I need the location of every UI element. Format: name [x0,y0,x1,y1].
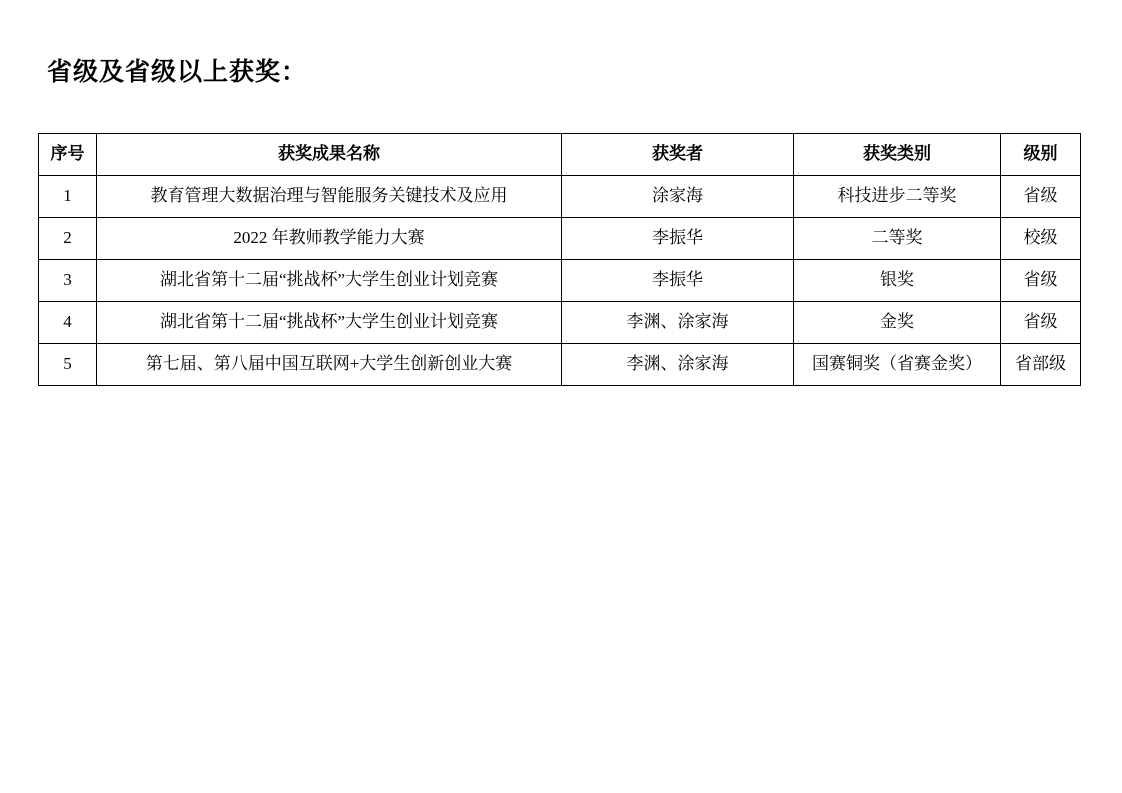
cell-category: 科技进步二等奖 [794,176,1001,218]
cell-winner: 李渊、涂家海 [562,302,794,344]
awards-table-header: 序号 获奖成果名称 获奖者 获奖类别 级别 [39,134,1081,176]
table-row: 4 湖北省第十二届“挑战杯”大学生创业计划竞赛 李渊、涂家海 金奖 省级 [39,302,1081,344]
header-winner: 获奖者 [562,134,794,176]
table-row: 2 2022 年教师教学能力大赛 李振华 二等奖 校级 [39,218,1081,260]
cell-level: 校级 [1001,218,1081,260]
cell-index: 3 [39,260,97,302]
cell-category: 银奖 [794,260,1001,302]
cell-award-name: 湖北省第十二届“挑战杯”大学生创业计划竞赛 [97,302,562,344]
document-page: 省级及省级以上获奖： 序号 获奖成果名称 获奖者 获奖类别 级别 1 教育管理大… [0,0,1122,793]
header-level: 级别 [1001,134,1081,176]
table-row: 1 教育管理大数据治理与智能服务关键技术及应用 涂家海 科技进步二等奖 省级 [39,176,1081,218]
cell-winner: 李振华 [562,218,794,260]
cell-winner: 李振华 [562,260,794,302]
cell-award-name: 湖北省第十二届“挑战杯”大学生创业计划竞赛 [97,260,562,302]
header-index: 序号 [39,134,97,176]
cell-index: 1 [39,176,97,218]
header-row: 序号 获奖成果名称 获奖者 获奖类别 级别 [39,134,1081,176]
cell-index: 5 [39,344,97,386]
cell-index: 2 [39,218,97,260]
cell-index: 4 [39,302,97,344]
page-title: 省级及省级以上获奖： [47,52,307,88]
cell-level: 省级 [1001,302,1081,344]
cell-award-name: 2022 年教师教学能力大赛 [97,218,562,260]
awards-table: 序号 获奖成果名称 获奖者 获奖类别 级别 1 教育管理大数据治理与智能服务关键… [38,133,1081,386]
cell-category: 国赛铜奖（省赛金奖） [794,344,1001,386]
cell-award-name: 教育管理大数据治理与智能服务关键技术及应用 [97,176,562,218]
header-award-name: 获奖成果名称 [97,134,562,176]
table-row: 5 第七届、第八届中国互联网+大学生创新创业大赛 李渊、涂家海 国赛铜奖（省赛金… [39,344,1081,386]
cell-award-name: 第七届、第八届中国互联网+大学生创新创业大赛 [97,344,562,386]
cell-category: 二等奖 [794,218,1001,260]
cell-level: 省级 [1001,260,1081,302]
cell-level: 省部级 [1001,344,1081,386]
cell-category: 金奖 [794,302,1001,344]
cell-winner: 涂家海 [562,176,794,218]
awards-table-body: 1 教育管理大数据治理与智能服务关键技术及应用 涂家海 科技进步二等奖 省级 2… [39,176,1081,386]
cell-level: 省级 [1001,176,1081,218]
cell-winner: 李渊、涂家海 [562,344,794,386]
header-category: 获奖类别 [794,134,1001,176]
table-row: 3 湖北省第十二届“挑战杯”大学生创业计划竞赛 李振华 银奖 省级 [39,260,1081,302]
